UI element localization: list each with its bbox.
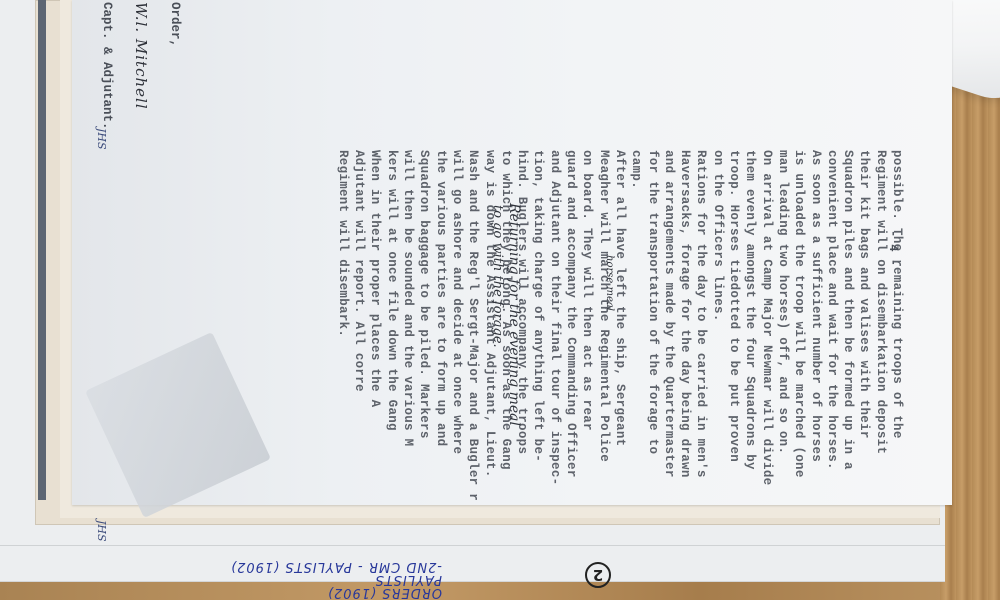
typed-line: will then be sounded and the various M [400, 150, 416, 570]
handwritten-initials: JHS [95, 520, 108, 542]
typed-line: Squadron piles and then be formed up in … [840, 150, 856, 570]
typed-line: Nash and the Reg'l Sergt-Major and a Bug… [465, 150, 481, 570]
typed-line: man leading two horses) off, and so on. [775, 150, 791, 570]
typed-line: Meagher will march the Regimental Police [595, 150, 611, 570]
typed-line: for the transportation of the forage to [644, 150, 660, 570]
typed-line: troop. Horses tiedotted to be put proven [726, 150, 742, 570]
circled-folder-number: 2 [585, 562, 611, 588]
signature-block: Order, W.l. Mitchell Capt. & Adjutant. [90, 2, 192, 242]
typed-line: is unloaded the troop will be marched (o… [791, 150, 807, 570]
typed-line: possible. The remaining troops of the [889, 150, 905, 570]
typed-line: will go ashore and decide at once where [449, 150, 465, 570]
handwritten-annotation: Returning for the evening meal [506, 203, 522, 426]
signatory-title: Capt. & Adjutant. [90, 2, 124, 242]
typed-line: After all have left the ship, Sergeant [612, 150, 628, 570]
typed-line: Haversacks, forage for the day being dra… [677, 150, 693, 570]
handwritten-initials: JHS [95, 128, 108, 150]
typed-line: Adjutant will report. All corre [351, 150, 367, 570]
typed-line: Squadron baggage to be piled. Markers [416, 150, 432, 570]
typed-line: guard and accompany the Commanding Offic… [563, 150, 579, 570]
typed-line: kers will at once file down the Gang [384, 150, 400, 570]
typed-line: On arrival at Camp Major Newmar will div… [758, 150, 774, 570]
typed-line: tion, taking charge of anything left be- [530, 150, 546, 570]
typed-line: on board. They will then act as rear [579, 150, 595, 570]
typed-line: As soon as a sufficient number of horses [807, 150, 823, 570]
typed-line: and arrangements made by the Quartermast… [661, 150, 677, 570]
dark-divider-edge [38, 0, 46, 500]
folder-label-line: -2ND CMR - PAYLISTS (1902) [230, 560, 442, 573]
typed-line: convenient place and wait for the horses… [824, 150, 840, 570]
handwritten-insert: horse meal [604, 255, 615, 311]
typed-line: on the Officers lines. [709, 150, 725, 570]
handwritten-annotation: to go with the forage. [490, 205, 505, 348]
typed-body-text: possible. The remaining troops of the Re… [335, 150, 905, 570]
typed-line: Rations for the day to be carried in men… [693, 150, 709, 570]
order-line: Order, [158, 2, 192, 242]
typed-line: Regiment will disembark. [335, 150, 351, 570]
typed-line: Regiment will on disembarkation deposit [872, 150, 888, 570]
typed-line: the various parties are to form up and [432, 150, 448, 570]
typed-line: camp. [628, 150, 644, 570]
folder-label-line: ORDERS (1902) [230, 586, 442, 599]
handwritten-signature: W.l. Mitchell [124, 2, 158, 242]
folder-label: ORDERS (1902) PAYLISTS -2ND CMR - PAYLIS… [230, 560, 442, 599]
typed-line: their kit bags and valises with their [856, 150, 872, 570]
typed-line: and Adjutant on their final tour of insp… [546, 150, 562, 570]
typed-line: When in their proper places the A [367, 150, 383, 570]
typed-line: them evenly amongst the four Squadrons b… [742, 150, 758, 570]
